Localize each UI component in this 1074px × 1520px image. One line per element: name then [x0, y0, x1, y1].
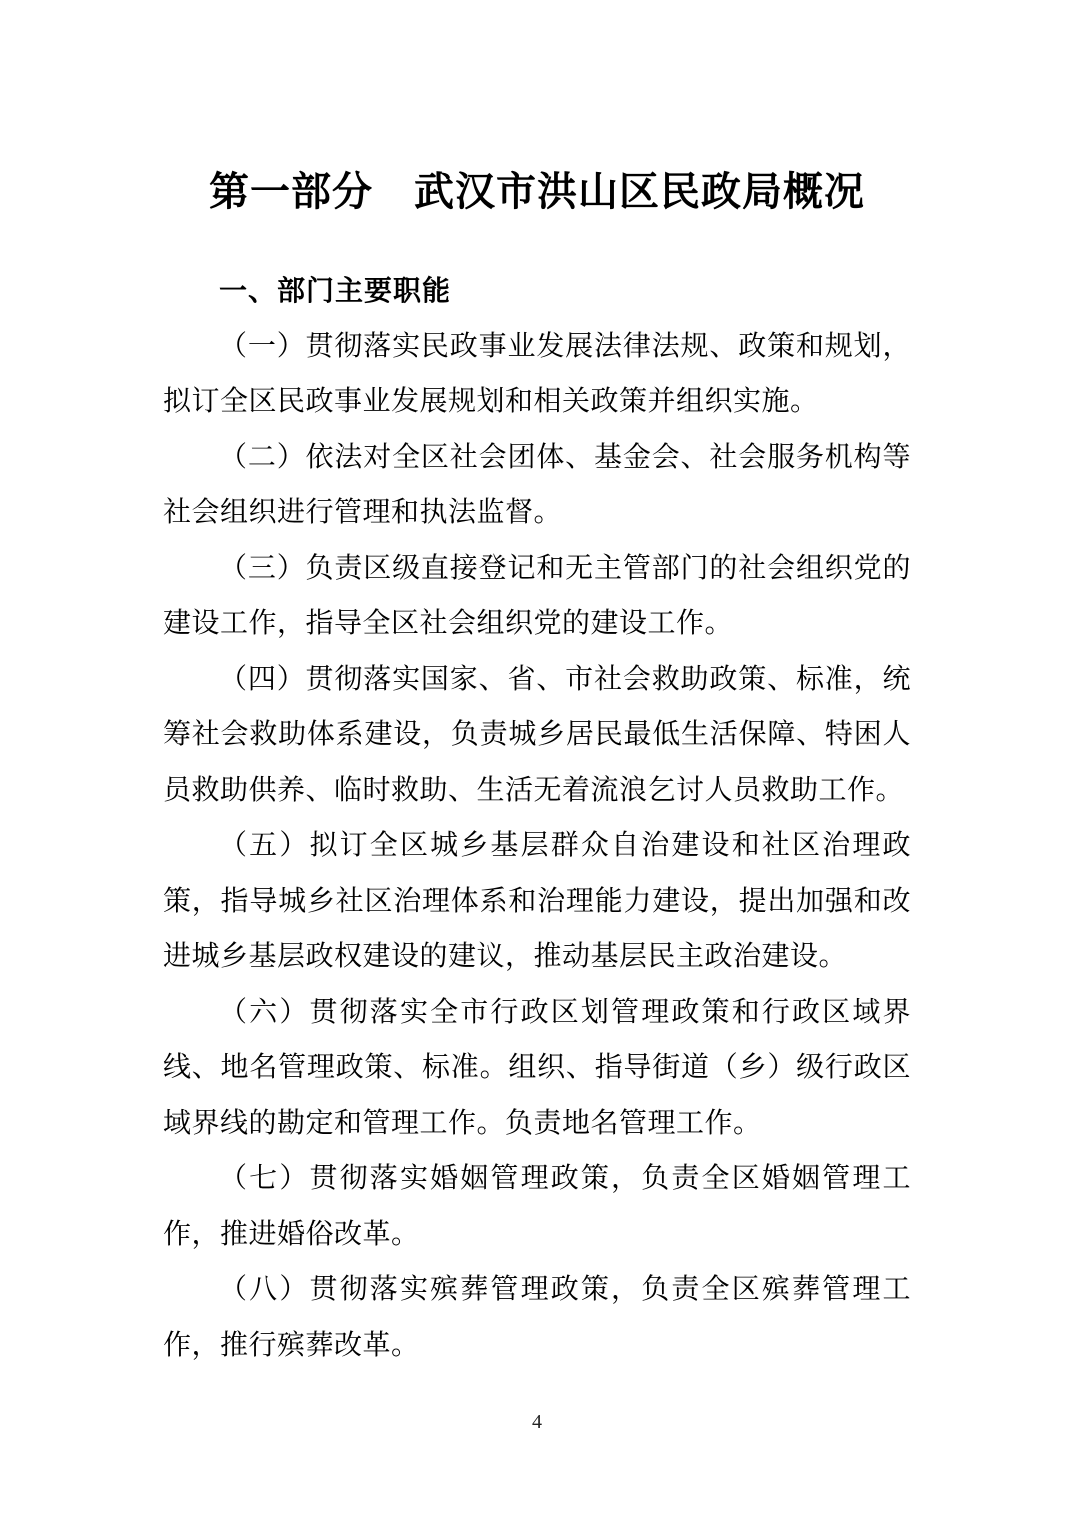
paragraph: （四）贯彻落实国家、省、市社会救助政策、标准，统筹社会救助体系建设，负责城乡居民… — [163, 652, 911, 819]
paragraph: （五）拟订全区城乡基层群众自治建设和社区治理政策，指导城乡社区治理体系和治理能力… — [163, 818, 911, 985]
document-page: 第一部分 武汉市洪山区民政局概况 一、部门主要职能 （一）贯彻落实民政事业发展法… — [0, 0, 1074, 1520]
paragraph: （八）贯彻落实殡葬管理政策，负责全区殡葬管理工作，推行殡葬改革。 — [163, 1262, 911, 1373]
paragraph: （一）贯彻落实民政事业发展法律法规、政策和规划，拟订全区民政事业发展规划和相关政… — [163, 319, 911, 430]
document-content: 第一部分 武汉市洪山区民政局概况 一、部门主要职能 （一）贯彻落实民政事业发展法… — [163, 0, 911, 1373]
page-number: 4 — [0, 1410, 1074, 1434]
paragraph: （三）负责区级直接登记和无主管部门的社会组织党的建设工作，指导全区社会组织党的建… — [163, 541, 911, 652]
section-heading: 一、部门主要职能 — [163, 263, 911, 319]
paragraph: （七）贯彻落实婚姻管理政策，负责全区婚姻管理工作，推进婚俗改革。 — [163, 1151, 911, 1262]
page-title: 第一部分 武汉市洪山区民政局概况 — [163, 0, 911, 217]
paragraph: （二）依法对全区社会团体、基金会、社会服务机构等社会组织进行管理和执法监督。 — [163, 430, 911, 541]
document-body: 一、部门主要职能 （一）贯彻落实民政事业发展法律法规、政策和规划，拟订全区民政事… — [163, 263, 911, 1373]
paragraph: （六）贯彻落实全市行政区划管理政策和行政区域界线、地名管理政策、标准。组织、指导… — [163, 985, 911, 1152]
